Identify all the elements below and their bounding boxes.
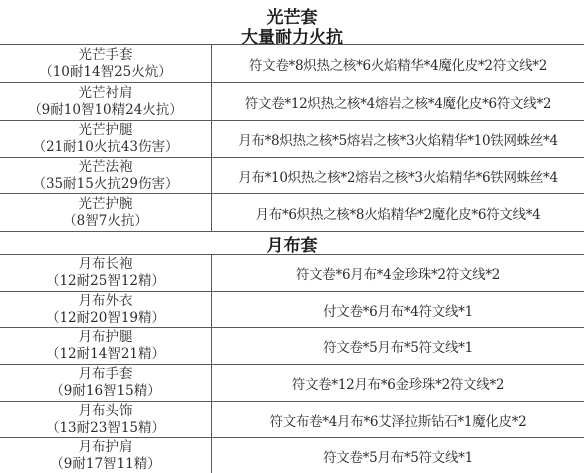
- item-recipe: 付文卷*6月布*4符文线*1: [211, 292, 584, 327]
- item-name: 光芒法袍: [79, 159, 133, 176]
- item-stats: （12耐14智21精）: [46, 346, 165, 363]
- item-recipe: 符文卷*6月布*4金珍珠*2符文线*2: [211, 255, 584, 291]
- table-row: 光芒衬肩 （9耐10智10精24火抗） 符文卷*12炽热之核*4熔岩之核*4魔化…: [0, 82, 584, 120]
- item-name: 月布长袍: [79, 256, 133, 273]
- item-name: 光芒手套: [79, 47, 133, 64]
- item-name-cell: 光芒护腕 （8智7火抗）: [0, 194, 211, 231]
- item-stats: （9耐16智15精）: [50, 383, 160, 400]
- table-row: 月布护腿 （12耐14智21精） 符文卷*5月布*5符文线*1: [0, 327, 584, 364]
- item-name-cell: 月布护肩 （9耐17智11精）: [0, 438, 211, 473]
- table-row: 光芒护腕 （8智7火抗） 月布*6炽热之核*8火焰精华*2魔化皮*6符文线*4: [0, 193, 584, 231]
- table-row: 月布外衣 （12耐20智19精） 付文卷*6月布*4符文线*1: [0, 291, 584, 327]
- item-recipe: 符文卷*5月布*5符文线*1: [211, 438, 584, 473]
- item-name-cell: 月布长袍 （12耐25智12精）: [0, 255, 211, 291]
- item-stats: （12耐25智12精）: [46, 273, 165, 290]
- item-name: 月布外衣: [79, 293, 133, 310]
- item-name: 月布头饰: [79, 403, 133, 420]
- item-name: 月布护腿: [79, 329, 133, 346]
- item-stats: （13耐23智15精）: [46, 420, 165, 437]
- item-name-cell: 光芒护腿 （21耐10火抗43伤害）: [0, 121, 211, 157]
- item-name-cell: 月布头饰 （13耐23智15精）: [0, 402, 211, 437]
- item-name: 光芒护腿: [79, 122, 133, 139]
- table-row: 月布手套 （9耐16智15精） 符文卷*12月布*6金珍珠*2符文线*2: [0, 364, 584, 401]
- item-name: 月布手套: [79, 366, 133, 383]
- table-row: 月布头饰 （13耐23智15精） 符文布卷*4月布*6艾泽拉斯钻石*1魔化皮*2: [0, 401, 584, 437]
- item-recipe: 符文卷*5月布*5符文线*1: [211, 328, 584, 364]
- item-stats: （35耐15火抗29伤害）: [32, 176, 178, 193]
- item-recipe: 月布*10炽热之核*2熔岩之核*3火焰精华*6铁网蛛丝*4: [211, 158, 584, 193]
- item-name-cell: 月布外衣 （12耐20智19精）: [0, 292, 211, 327]
- table-row: 光芒手套 （10耐14智25火炕） 符文卷*8炽热之核*6火焰精华*4魔化皮*2…: [0, 44, 584, 82]
- item-recipe: 符文布卷*4月布*6艾泽拉斯钻石*1魔化皮*2: [211, 402, 584, 437]
- table-row: 光芒法袍 （35耐15火抗29伤害） 月布*10炽热之核*2熔岩之核*3火焰精华…: [0, 157, 584, 193]
- item-name-cell: 月布手套 （9耐16智15精）: [0, 365, 211, 401]
- item-name-cell: 光芒手套 （10耐14智25火炕）: [0, 45, 211, 82]
- item-stats: （8智7火抗）: [63, 213, 148, 230]
- section-title: 月布套: [267, 231, 318, 256]
- item-stats: （9耐17智11精）: [50, 456, 160, 473]
- table-row: 月布长袍 （12耐25智12精） 符文卷*6月布*4金珍珠*2符文线*2: [0, 254, 584, 291]
- table-row: 光芒护腿 （21耐10火抗43伤害） 月布*8炽热之核*5熔岩之核*3火焰精华*…: [0, 120, 584, 157]
- item-recipe: 符文卷*8炽热之核*6火焰精华*4魔化皮*2符文线*2: [211, 45, 584, 82]
- item-name-cell: 月布护腿 （12耐14智21精）: [0, 328, 211, 364]
- item-name: 月布护肩: [79, 439, 133, 456]
- item-stats: （10耐14智25火炕）: [39, 64, 172, 81]
- table-row: 月布护肩 （9耐17智11精） 符文卷*5月布*5符文线*1: [0, 437, 584, 473]
- item-recipe: 月布*6炽热之核*8火焰精华*2魔化皮*6符文线*4: [211, 194, 584, 231]
- item-recipe: 月布*8炽热之核*5熔岩之核*3火焰精华*10铁网蛛丝*4: [211, 121, 584, 157]
- item-name-cell: 光芒衬肩 （9耐10智10精24火抗）: [0, 83, 211, 120]
- item-stats: （9耐10智10精24火抗）: [28, 102, 183, 119]
- item-stats: （21耐10火抗43伤害）: [32, 139, 178, 156]
- item-recipe: 符文卷*12月布*6金珍珠*2符文线*2: [211, 365, 584, 401]
- item-name: 光芒护腕: [79, 196, 133, 213]
- section-header: 月布套: [0, 231, 584, 254]
- item-recipe: 符文卷*12炽热之核*4熔岩之核*4魔化皮*6符文线*2: [211, 83, 584, 120]
- item-name: 光芒衬肩: [79, 85, 133, 102]
- item-name-cell: 光芒法袍 （35耐15火抗29伤害）: [0, 158, 211, 193]
- item-stats: （12耐20智19精）: [46, 310, 165, 327]
